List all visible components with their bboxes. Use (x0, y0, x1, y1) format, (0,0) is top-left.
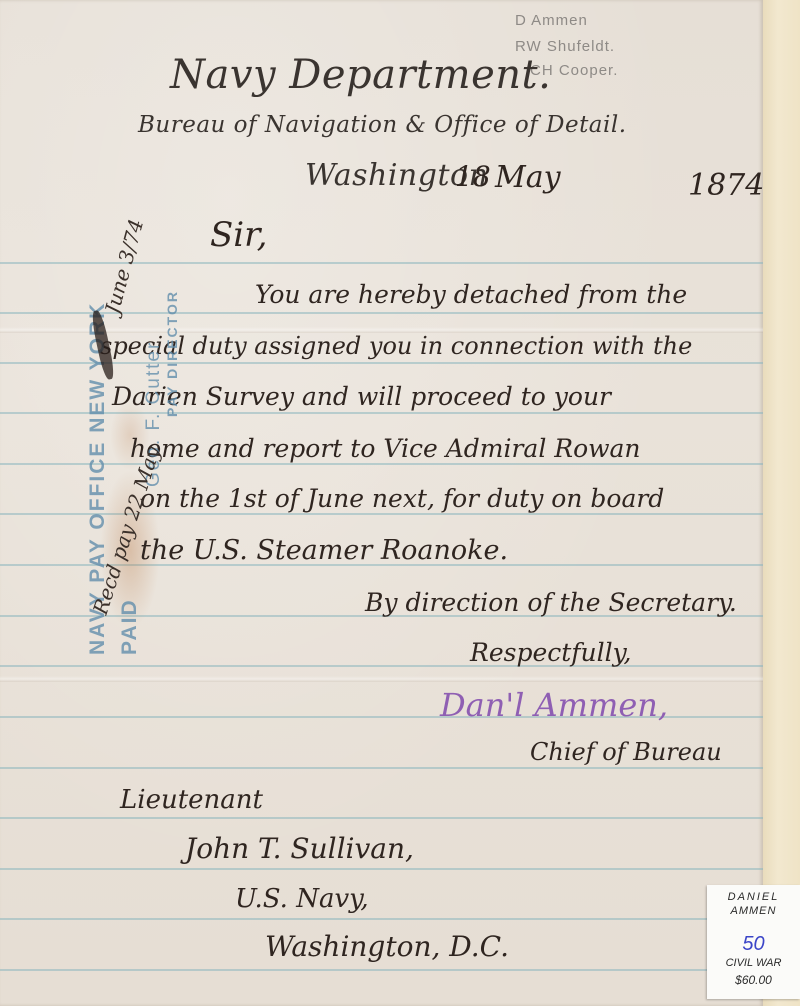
addressee-name: John T. Sullivan, (185, 832, 414, 865)
closing-authority: By direction of the Secretary. (365, 588, 737, 617)
signature: Dan'l Ammen, (440, 686, 668, 724)
body-line: You are hereby detached from the (255, 280, 687, 309)
body-line: on the 1st of June next, for duty on boa… (140, 484, 664, 513)
letter-year: 1874 (688, 168, 764, 203)
salutation: Sir, (210, 215, 268, 255)
letter-day: 18 (455, 160, 491, 193)
addressee-rank: Lieutenant (120, 785, 263, 815)
stamp-paid: PAID (118, 598, 142, 655)
body-line: home and report to Vice Admiral Rowan (130, 434, 641, 463)
signer-title: Chief of Bureau (530, 738, 722, 766)
tag-number: 50 (707, 933, 800, 956)
tag-category: CIVIL WAR (707, 957, 800, 969)
ruled-line (0, 918, 763, 920)
addressee-location: Washington, D.C. (265, 930, 509, 963)
body-line: Darien Survey and will proceed to your (112, 382, 611, 411)
closing-valediction: Respectfully, (470, 638, 631, 667)
body-line: special duty assigned you in connection … (100, 332, 692, 360)
ruled-line (0, 969, 763, 971)
tag-price: $60.00 (707, 973, 800, 987)
ruled-line (0, 362, 763, 364)
body-line: the U.S. Steamer Roanoke. (140, 535, 508, 566)
ruled-line (0, 817, 763, 819)
stamp-pay-director: PAY DIRECTOR (164, 290, 180, 417)
margin-date-note: June 3/74 (100, 216, 148, 316)
mount-board (763, 0, 800, 1006)
letter-sheet: D Ammen RW Shufeldt. CH Cooper. Navy Dep… (0, 0, 763, 1006)
letterhead-subtitle: Bureau of Navigation & Office of Detail. (138, 112, 627, 138)
letter-month: May (495, 160, 561, 195)
price-tag-card: DANIEL AMMEN 50 CIVIL WAR $60.00 (707, 885, 800, 999)
tag-name-first: DANIEL (707, 891, 800, 903)
pencil-note: D Ammen (515, 12, 588, 29)
paper-fold (0, 676, 763, 682)
ruled-line (0, 868, 763, 870)
letterhead-title: Navy Department. (170, 52, 551, 98)
ruled-line (0, 463, 763, 465)
tag-name-last: AMMEN (707, 905, 800, 917)
addressee-service: U.S. Navy, (235, 884, 369, 914)
ruled-line (0, 767, 763, 769)
ruled-line (0, 665, 763, 667)
